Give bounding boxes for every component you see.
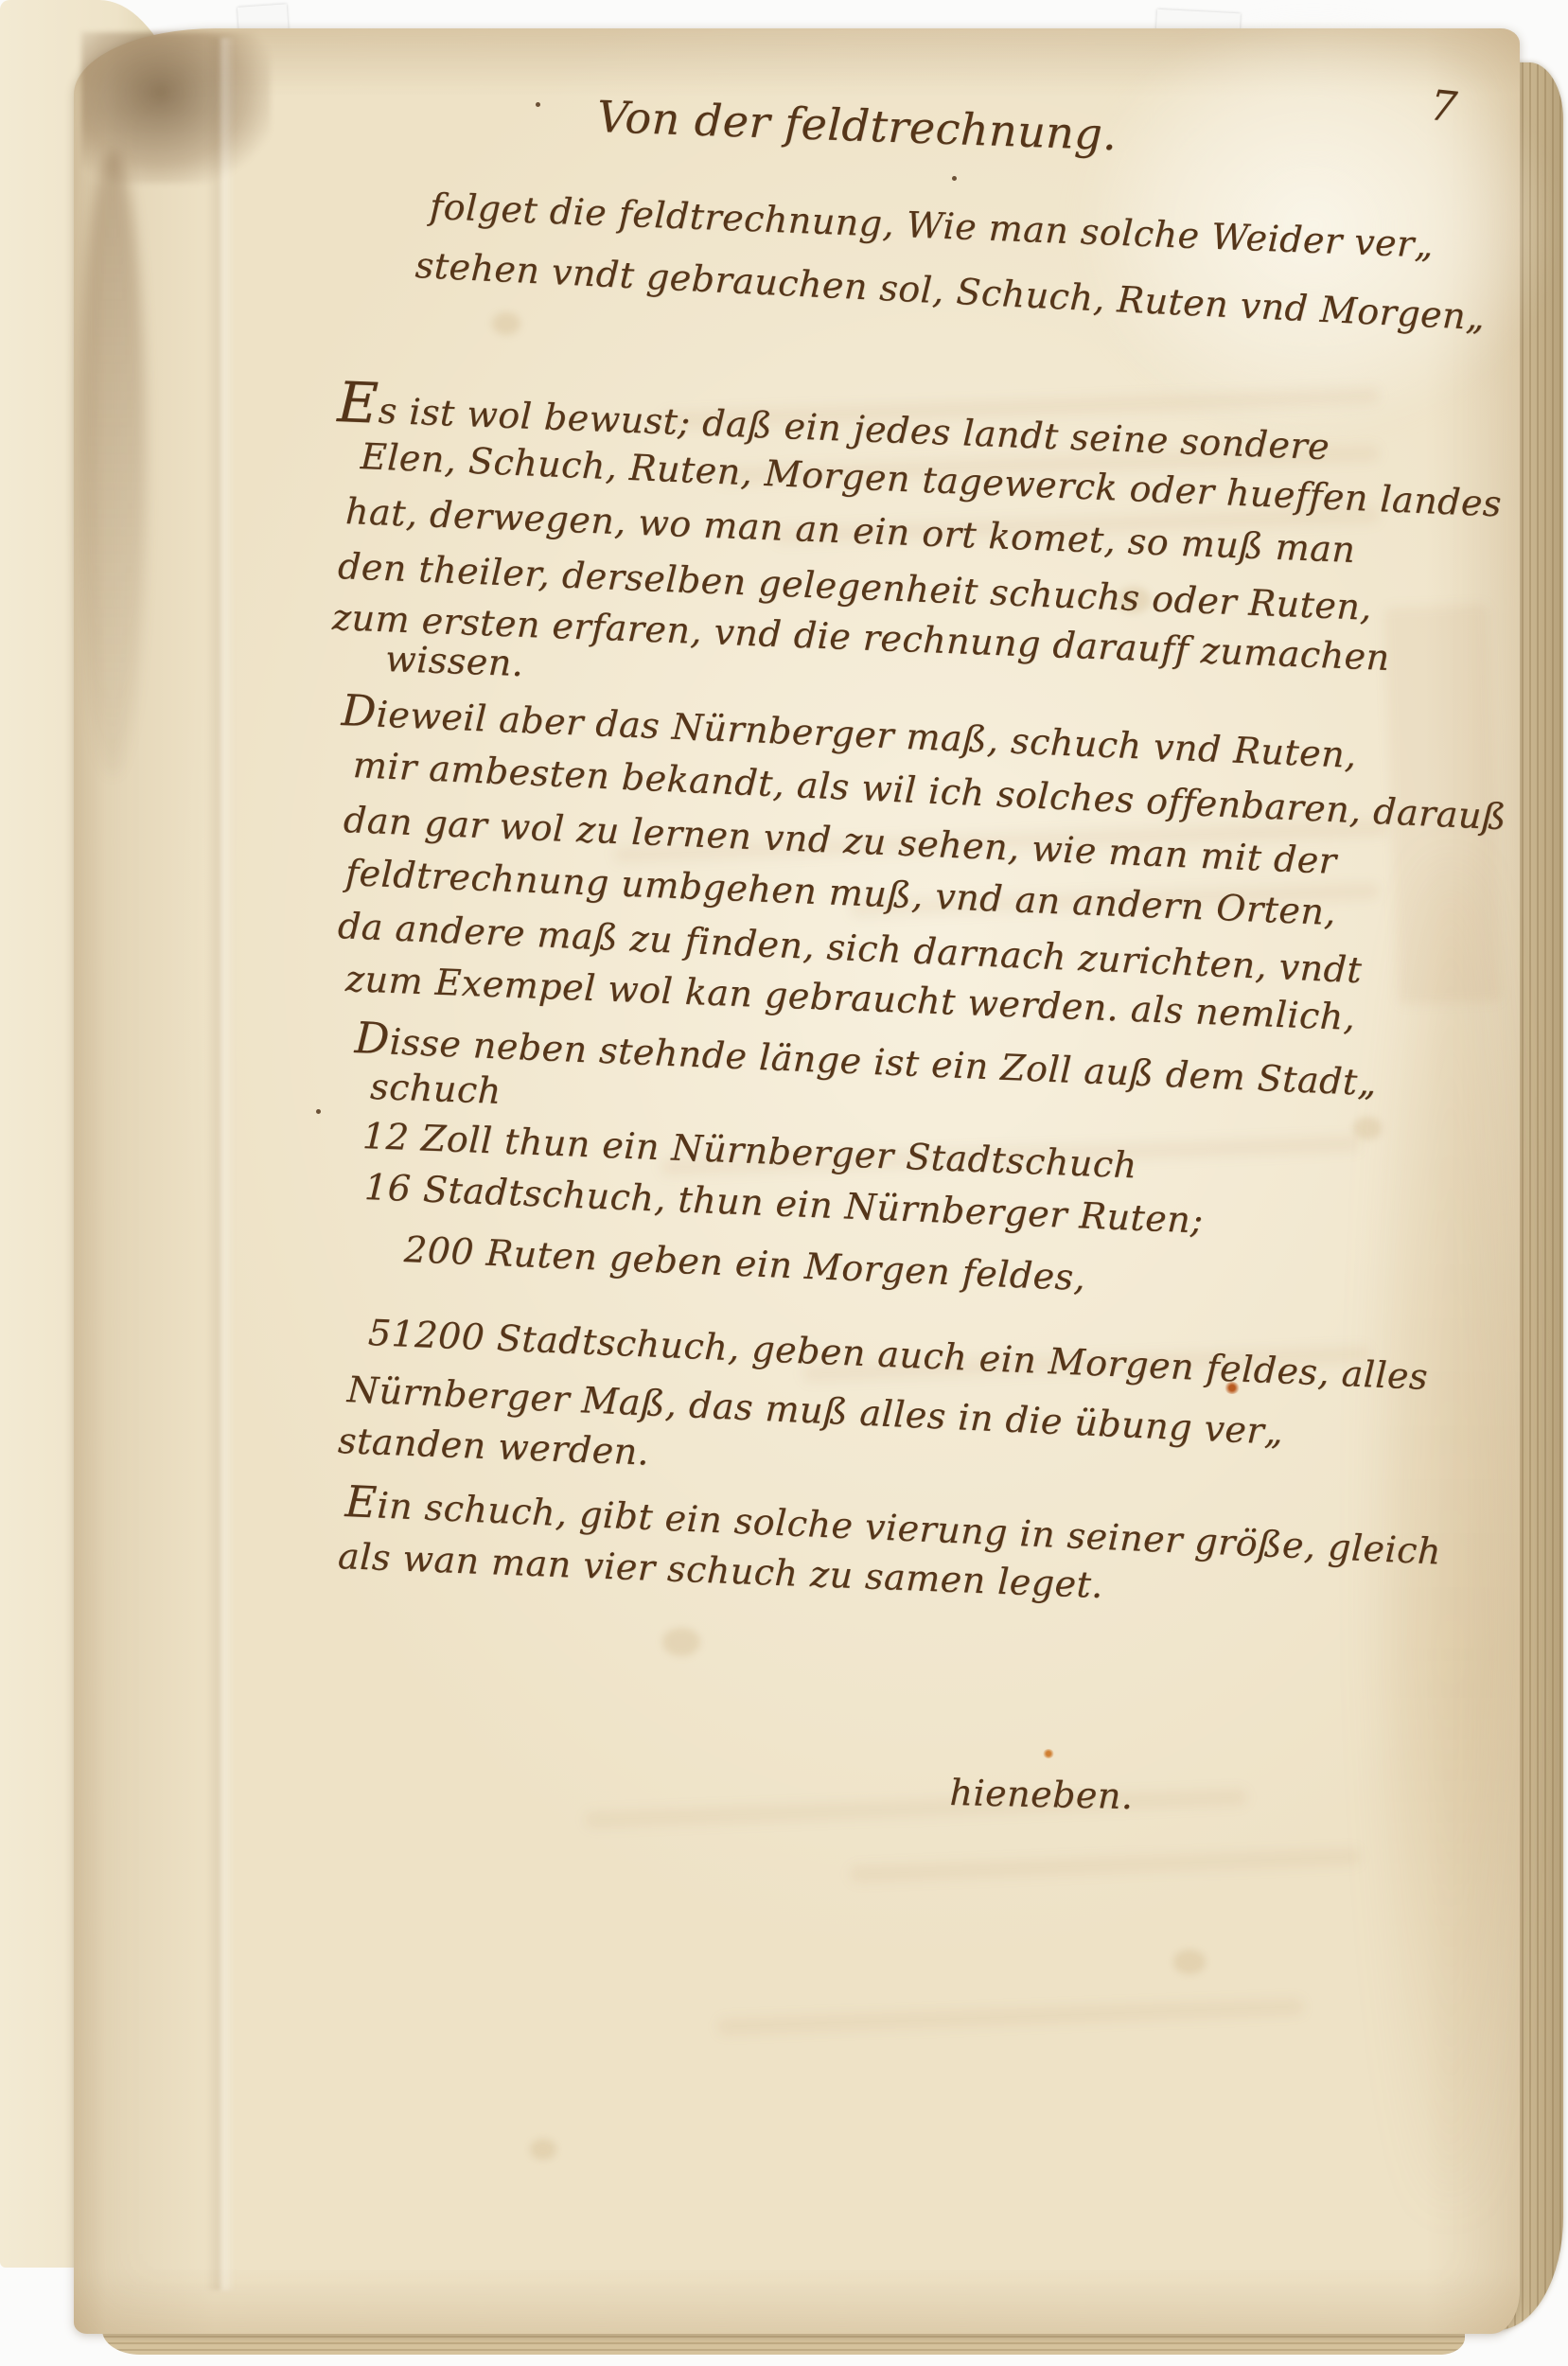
manuscript-line: standen werden. bbox=[337, 1420, 650, 1474]
page-number: 7 bbox=[1428, 81, 1459, 132]
foxing-spot bbox=[1173, 1950, 1206, 1974]
manuscript-line: schuch bbox=[369, 1066, 502, 1112]
foxing-spot bbox=[530, 2139, 556, 2160]
manuscript-line: 200 Ruten geben ein Morgen feldes, bbox=[403, 1228, 1086, 1298]
gutter-stain bbox=[79, 151, 146, 776]
foxing-spot bbox=[492, 312, 520, 335]
foxing-spot bbox=[662, 1628, 700, 1656]
ink-smudge bbox=[81, 32, 271, 184]
manuscript-scan-photo: 7 Von der feldtrechnung. folget die feld… bbox=[0, 0, 1568, 2366]
ink-speck bbox=[536, 102, 540, 107]
manuscript-line: wissen. bbox=[384, 638, 524, 684]
crease-line bbox=[206, 38, 235, 2290]
manuscript-page: 7 Von der feldtrechnung. folget die feld… bbox=[74, 28, 1520, 2334]
catchword: hieneben. bbox=[949, 1772, 1134, 1817]
stain-dot bbox=[1043, 1749, 1054, 1758]
bleedthrough-line bbox=[850, 1848, 1361, 1883]
bleedthrough-line bbox=[585, 1789, 1247, 1828]
page-title: Von der feldtrechnung. bbox=[596, 91, 1118, 160]
ink-speck bbox=[316, 1109, 321, 1114]
bleedthrough-line bbox=[717, 1998, 1304, 2036]
ink-speck bbox=[952, 176, 957, 181]
